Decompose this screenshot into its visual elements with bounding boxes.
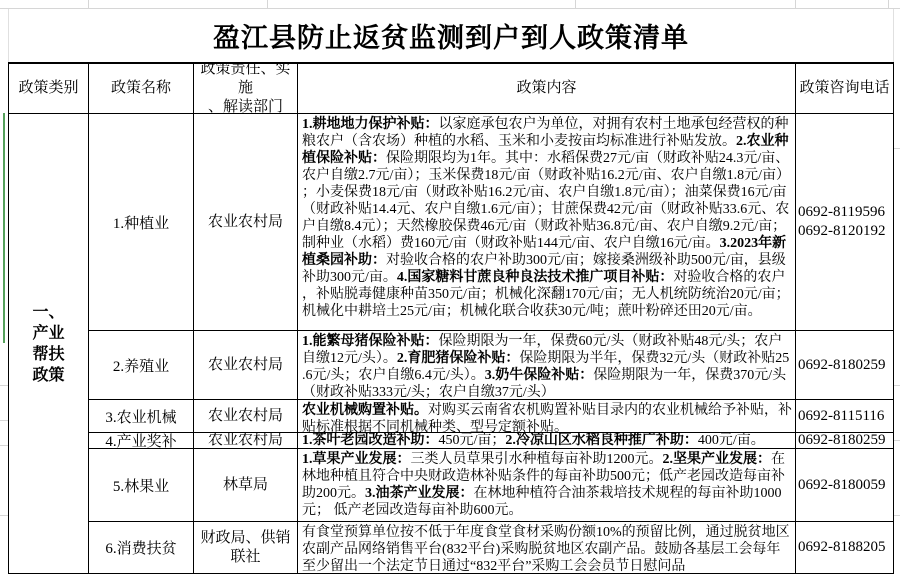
policy-content-heading: 农业机械购置补贴。 <box>302 403 428 418</box>
policy-content-cell[interactable]: 1.耕地地力保护补贴：以家庭承包农户为单位，对拥有农村土地承包经营权的种粮农户（… <box>298 114 796 331</box>
spreadsheet-page: { "title": "盈江县防止返贫监测到户到人政策清单", "header"… <box>0 0 900 575</box>
policy-department-cell[interactable]: 农业农村局 <box>194 400 298 433</box>
spreadsheet-gridline-strip <box>0 0 900 9</box>
gridline-stub <box>267 0 268 8</box>
gridline-stub <box>795 0 796 8</box>
policy-name-cell[interactable]: 4.产业奖补 <box>89 433 194 449</box>
policy-content-heading: 1.能繁母猪保险补贴： <box>302 334 439 349</box>
policy-name-cell[interactable]: 5.林果业 <box>89 449 194 522</box>
selection-indicator-line <box>3 113 5 343</box>
policy-content-text: 三类人员草果引水种植每亩补助1200元。 <box>411 452 663 467</box>
policy-content-heading: 4.国家糖料甘蔗良种良法技术推广项目补贴： <box>397 270 674 285</box>
policy-name-cell[interactable]: 3.农业机械 <box>89 400 194 433</box>
policy-content-cell[interactable]: 农业机械购置补贴。对购买云南省农机购置补贴目录内的农业机械给予补贴，补贴标准根据… <box>298 400 796 433</box>
policy-content-heading: 2.坚果产业发展： <box>663 452 772 467</box>
gridline-stub <box>888 0 889 8</box>
gridline-stub <box>894 148 900 149</box>
gridline-stub <box>894 515 900 516</box>
policy-content-heading: 1.草果产业发展： <box>302 452 411 467</box>
gridline-stub <box>0 420 8 421</box>
page-title: 盈江县防止返贫监测到户到人政策清单 <box>213 16 689 55</box>
gridline-stub <box>0 385 8 386</box>
title-cell[interactable]: 盈江县防止返贫监测到户到人政策清单 <box>8 9 894 62</box>
policy-content-cell[interactable]: 有食堂预算单位按不低于年度食堂食材采购份额10%的预留比例，通过脱贫地区农副产品… <box>298 522 796 574</box>
policy-phone-cell[interactable]: 0692-8188205 <box>796 522 894 574</box>
policy-content-text: 保险期限均为1年。其中：水稻保费27元/亩（财政补贴24.3元/亩、农户自缴2.… <box>302 151 789 251</box>
policy-content-heading: 3.奶牛保险补贴： <box>485 368 594 383</box>
gridline-stub <box>575 0 576 8</box>
header-department[interactable]: 政策责任、实施 、解读部门 <box>194 64 298 114</box>
policy-content-heading: 1.茶叶老园改造补助： <box>302 433 439 448</box>
policy-content-text: 有食堂预算单位按不低于年度食堂食材采购份额10%的预留比例，通过脱贫地区农副产品… <box>302 525 790 574</box>
policy-name-cell[interactable]: 2.养殖业 <box>89 331 194 400</box>
header-category[interactable]: 政策类别 <box>9 64 89 114</box>
policy-phone-cell[interactable]: 0692-8180259 <box>796 433 894 449</box>
gridline-stub <box>894 440 900 441</box>
policy-phone-cell[interactable]: 0692-8115116 <box>796 400 894 433</box>
gridline-stub <box>0 515 8 516</box>
policy-department-cell[interactable]: 农业农村局 <box>194 433 298 449</box>
header-name[interactable]: 政策名称 <box>89 64 194 114</box>
policy-department-cell[interactable]: 农业农村局 <box>194 331 298 400</box>
header-phone[interactable]: 政策咨询电话 <box>796 64 894 114</box>
policy-content-cell[interactable]: 1.草果产业发展：三类人员草果引水种植每亩补助1200元。2.坚果产业发展：在林… <box>298 449 796 522</box>
policy-content-text: 400元/亩。 <box>698 433 765 448</box>
policy-phone-cell[interactable]: 0692-8180259 <box>796 331 894 400</box>
policy-phone-cell[interactable]: 0692-8180059 <box>796 449 894 522</box>
policy-content-cell[interactable]: 1.茶叶老园改造补助：450元/亩；2.冷凉山区水稻良种推广补助：400元/亩。 <box>298 433 796 449</box>
gridline-stub <box>88 0 89 8</box>
policy-table: 政策类别 政策名称 政策责任、实施 、解读部门 政策内容 政策咨询电话 一、产业… <box>8 62 894 574</box>
gridline-stub <box>0 445 8 446</box>
policy-department-cell[interactable]: 林草局 <box>194 449 298 522</box>
policy-content-heading: 1.耕地地力保护补贴： <box>302 117 439 132</box>
header-content[interactable]: 政策内容 <box>298 64 796 114</box>
policy-name-cell[interactable]: 1.种植业 <box>89 114 194 331</box>
policy-content-heading: 2.冷凉山区水稻良种推广补助： <box>505 433 698 448</box>
category-label: 一、产业帮扶政策 <box>33 302 65 386</box>
policy-content-heading: 2.育肥猪保险补贴： <box>397 351 520 366</box>
policy-content-cell[interactable]: 1.能繁母猪保险补贴：保险期限为一年，保费60元/头（财政补贴48元/头；农户自… <box>298 331 796 400</box>
policy-department-cell[interactable]: 农业农村局 <box>194 114 298 331</box>
policy-phone-cell[interactable]: 0692-8119596 0692-8120192 <box>796 114 894 331</box>
policy-name-cell[interactable]: 6.消费扶贫 <box>89 522 194 574</box>
policy-department-cell[interactable]: 财政局、供销联社 <box>194 522 298 574</box>
policy-content-heading: 3.油茶产业发展： <box>365 486 474 501</box>
policy-content-text: 450元/亩； <box>439 433 506 448</box>
gridline-stub <box>894 385 900 386</box>
category-cell[interactable]: 一、产业帮扶政策 <box>9 114 89 574</box>
